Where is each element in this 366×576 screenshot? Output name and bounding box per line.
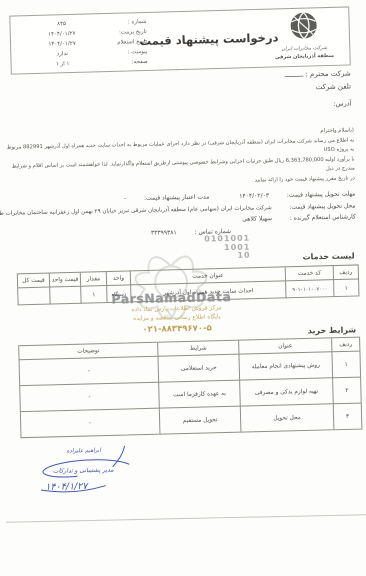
field-page-value: ۱ از ۱ [30, 60, 96, 68]
services-header-quantity: مقدار [80, 272, 106, 286]
expert-label: کارشناس استعلام گیرنده : [290, 213, 356, 221]
condition-2-index: ۲ [332, 377, 361, 404]
field-inquiry-date-value: ۱۴۰۴/۰۱/۲۷ [29, 40, 95, 48]
field-page-label: صفحه: [96, 59, 148, 66]
service-row-index: ۱ [333, 278, 358, 297]
services-header-service-code: کد خدمت [285, 266, 333, 280]
header-box: شماره : ۸۴۵ تاریخ پرینت: ۱۴۰۴/۰۱/۲۷ تاری… [9, 6, 350, 74]
service-title: احداث سایت جدید همراه اول آذرشهر [130, 280, 285, 302]
field-attachment-value: ندارد [29, 50, 95, 58]
deadline-value: ۱۴۰۴/۰۲/۰۳ [239, 192, 269, 200]
document-content: شماره : ۸۴۵ تاریخ پرینت: ۱۴۰۴/۰۱/۲۷ تاری… [0, 0, 366, 576]
condition-2-notes: - [20, 382, 159, 411]
validity-label: مدت اعتبار پیشنهاد قیمت: [144, 193, 209, 201]
watermark-phone: ۰۲۱-۸۸۳۴۹۶۷۰-۵ [102, 323, 252, 336]
recipient-phone-line: تلفن شرکت [316, 82, 351, 91]
contact-value: ۳۳۳۹۹۳۸۱ [151, 229, 177, 237]
info-phone-row: شماره تماس : ۳۳۳۹۹۳۸۱ [6, 225, 356, 239]
condition-1-index: ۱ [331, 351, 360, 378]
signer-role: مدیر پشتیبانی و تدارکات [53, 467, 114, 475]
tci-logo-icon [288, 10, 319, 41]
bottom-divider-line [6, 514, 366, 523]
field-page: صفحه: ۱ از ۱ [20, 57, 148, 70]
logo-region-label: منطقه آذربایجان شرقی [267, 53, 341, 61]
service-total-price [18, 287, 49, 306]
signature-block: ابراهیم علیزاده مدیر پشتیبانی و تدارکات … [32, 444, 143, 504]
signer-name: ابراهیم علیزاده [67, 448, 101, 455]
field-print-date-value: ۱۴۰۴/۰۱/۲۷ [29, 30, 95, 38]
services-header-unit-price: قیمت واحد [49, 273, 80, 287]
service-unit: دستگاه [106, 284, 130, 303]
condition-3-title: محل تحویل [240, 403, 334, 431]
watermark-portal-line: پایگاه اطلاع رسانی مناقصه و مزایده [102, 314, 252, 323]
field-number-label: شماره : [94, 19, 146, 26]
condition-3-terms: تحویل مستقیم [159, 406, 241, 434]
service-code: ۹۰۱۰۱۰۱۰۰۷۰۰۰ [285, 279, 333, 298]
deadline-label: مهلت تحویل پیشنهاد قیمت: [287, 190, 356, 198]
place-label: محل تحویل پیشنهاد قیمت: [289, 202, 355, 210]
watermark-center-line: مرکز فروش اطلاعات پارس نماد داده [102, 305, 252, 314]
watermark-digits-line3: 10 [194, 252, 250, 262]
condition-2-terms: به عهده کارفرما است [158, 380, 240, 408]
condition-1-notes: - [20, 356, 159, 385]
letter-body: (باسلام واحترام به اطلاع می رساند شرکت م… [6, 126, 355, 191]
condition-3-index: ۳ [333, 403, 362, 430]
conditions-table: ردیف عنوان شرایط توضیحات ۱ روش پیشنهادی … [18, 337, 362, 439]
expert-value: سهیلا کلاهی [242, 215, 272, 223]
scanned-document-page: شماره : ۸۴۵ تاریخ پرینت: ۱۴۰۴/۰۱/۲۷ تاری… [0, 0, 366, 576]
services-section-title: لیست خدمات [302, 251, 354, 261]
recipient-company-line: شرکت محترم : ـــــــــ [285, 69, 351, 78]
field-number-value: ۸۴۵ [28, 20, 94, 28]
conditions-header-index: ردیف [331, 338, 359, 352]
service-quantity: ۱ [80, 285, 106, 304]
signature-date: ۱۴۰۴/۱/۲۷ [45, 481, 87, 493]
logo-org-script: شرکت مخابرات ایران [267, 45, 341, 53]
condition-1-terms: خرید استعلامی [157, 354, 239, 382]
watermark-digits-line2: 1001 [194, 243, 250, 253]
condition-3-notes: - [21, 408, 160, 437]
recipient-address-line: آدرس: [333, 99, 351, 107]
service-unit-price [49, 286, 80, 305]
validity-value: - [124, 195, 126, 202]
services-header-row-index: ردیف [333, 265, 358, 279]
company-logo-block: شرکت مخابرات ایران منطقه آذربایجان شرقی [266, 10, 341, 61]
services-header-total-price: قیمت کل [18, 274, 49, 288]
services-table: ردیف کد خدمت عنوان خدمت واحد مقدار قیمت … [17, 264, 360, 305]
contact-label: شماره تماس : [194, 227, 231, 235]
header-fields: شماره : ۸۴۵ تاریخ پرینت: ۱۴۰۴/۰۱/۲۷ تاری… [18, 17, 147, 70]
field-attachment-label: پیوست : [95, 49, 147, 56]
condition-1-title: روش پیشنهادی انجام معامله [238, 351, 332, 379]
services-header-unit: واحد [106, 271, 130, 285]
condition-2-title: تهیه لوازم یدکی و مصرفی [239, 377, 333, 405]
info-block: مهلت تحویل پیشنهاد قیمت: ۱۴۰۴/۰۲/۰۳ مدت … [5, 190, 356, 243]
conditions-section-title: شرایط خرید [308, 325, 356, 335]
page-title: درخواست پیشنهاد قیمت [139, 30, 279, 48]
